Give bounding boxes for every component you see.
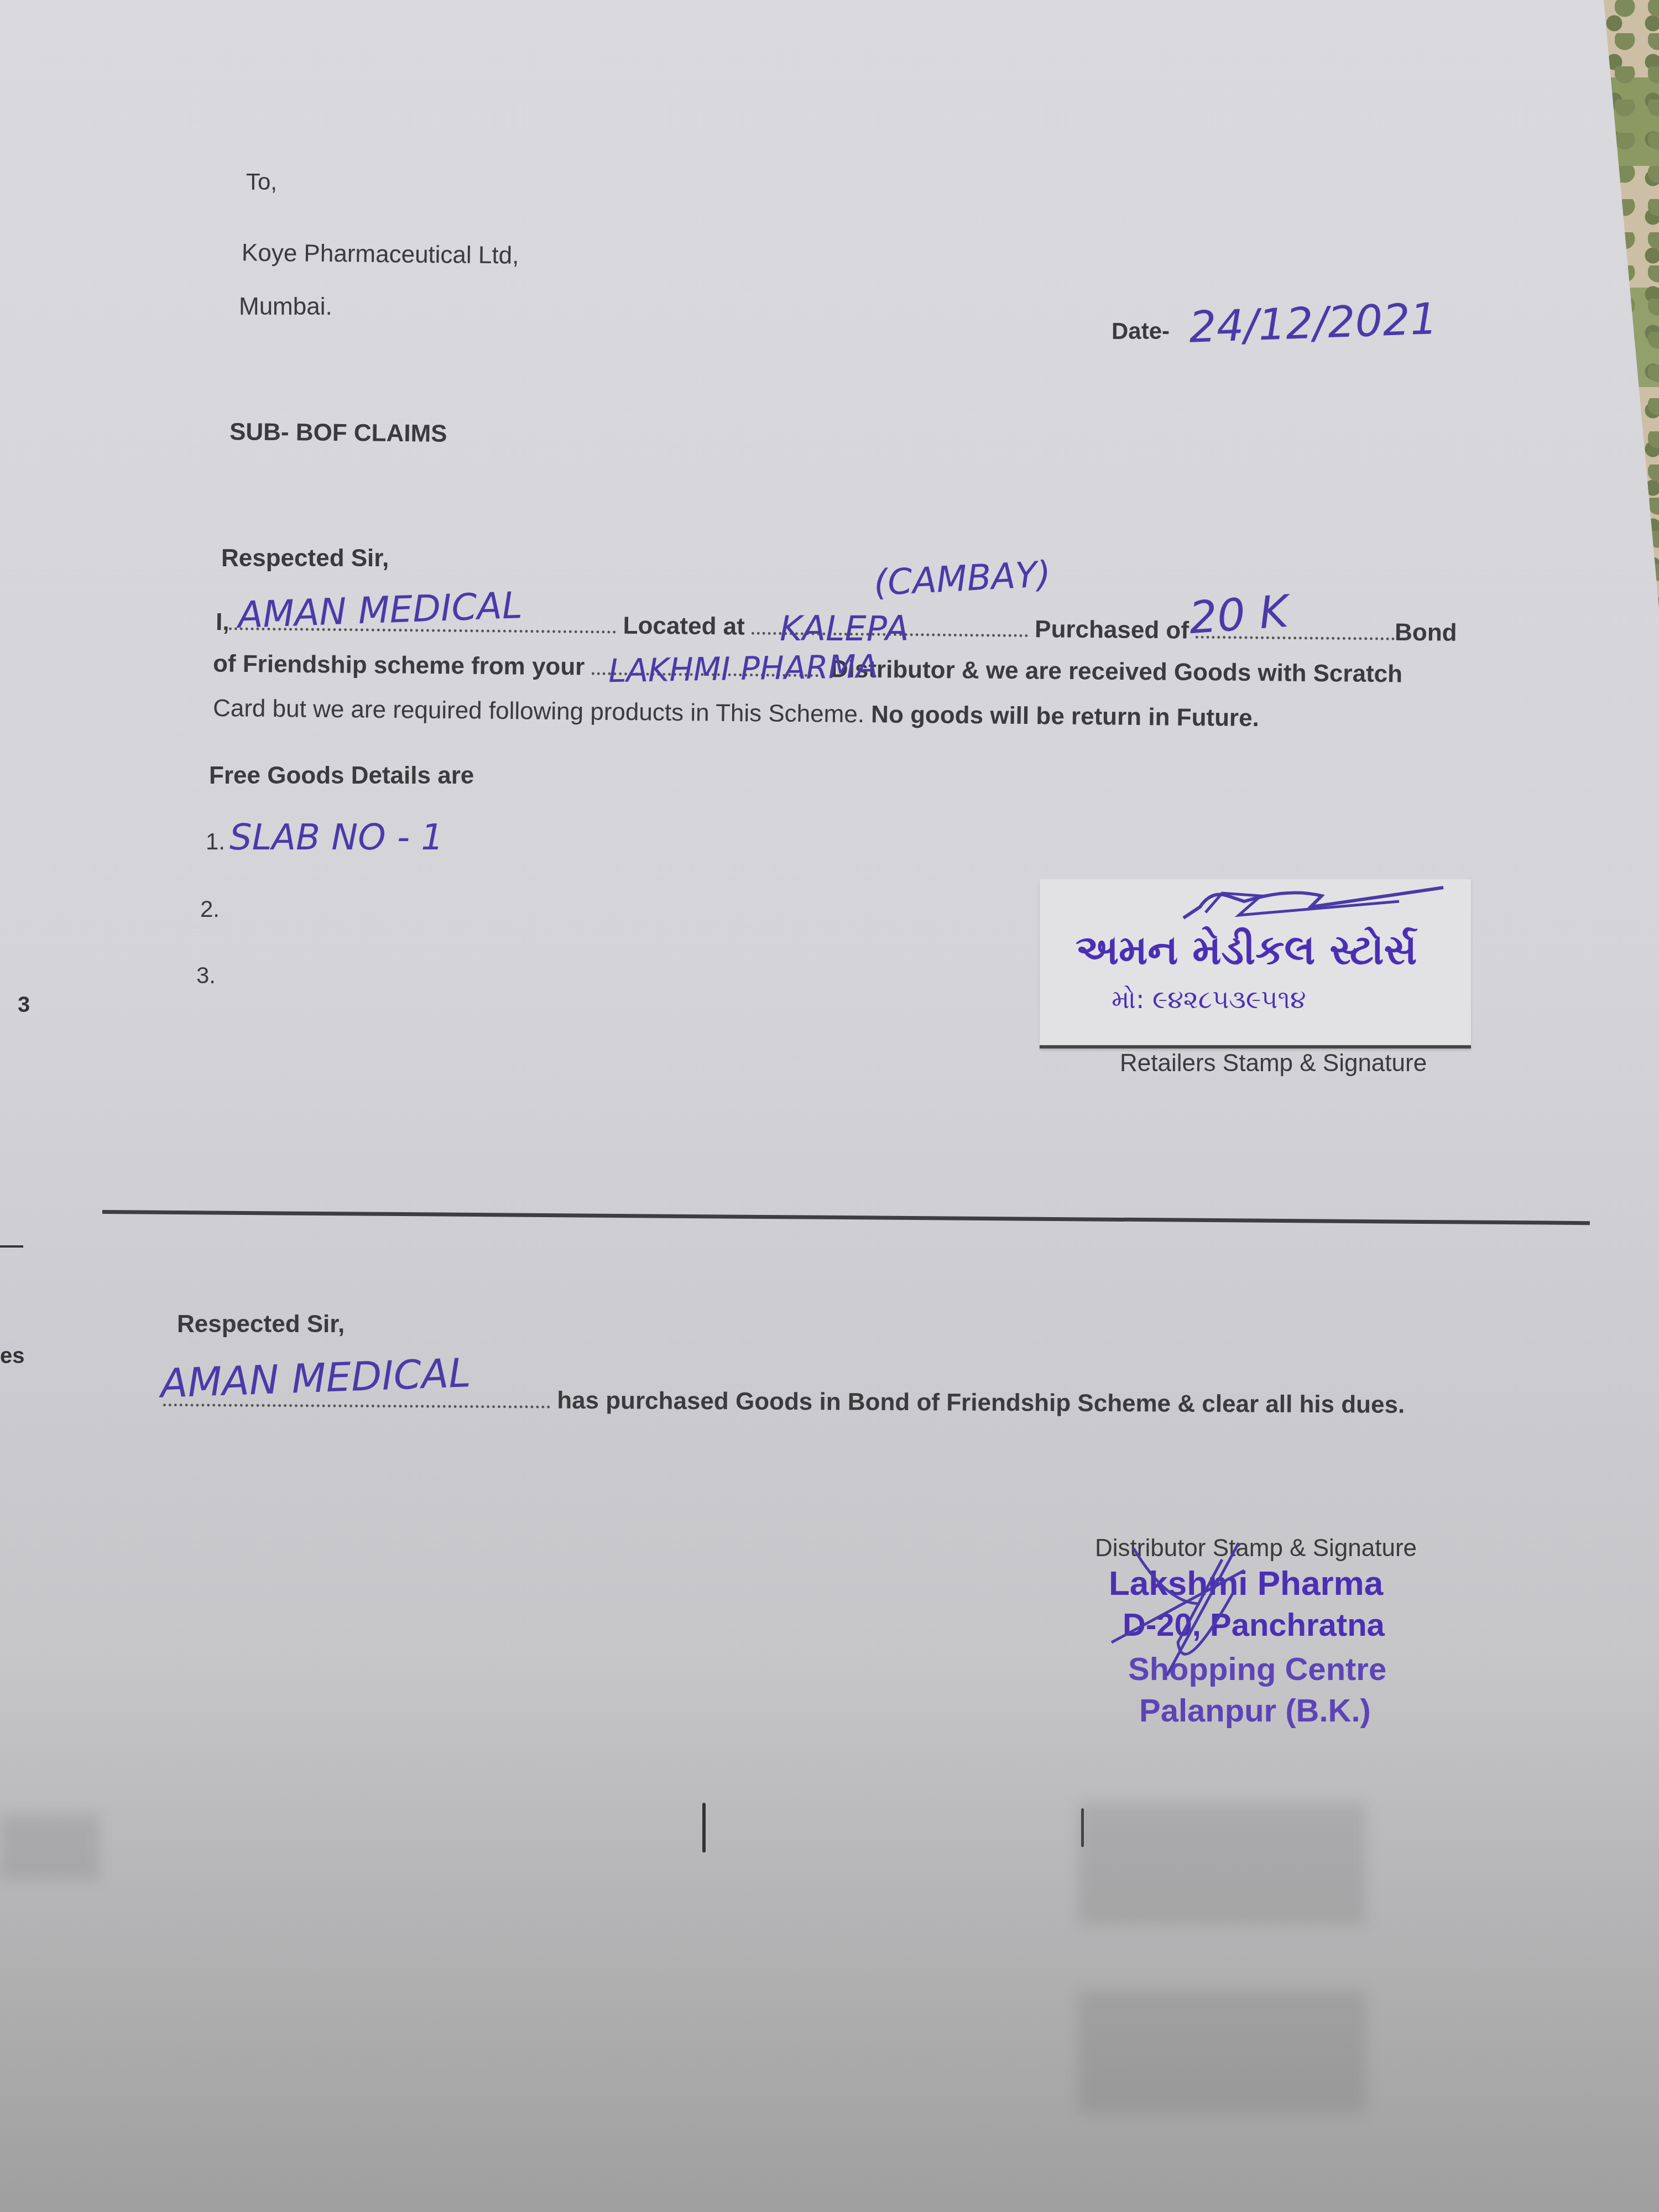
retailer-stamp-caption: Retailers Stamp & Signature [1120,1050,1427,1077]
edge-text-fragment: es [0,1344,25,1369]
free-goods-num-2: 2. [200,896,220,922]
line1-prefix: I, [216,608,229,635]
free-goods-num-3: 3. [196,962,216,989]
line2-prefix: of Friendship scheme from your [213,650,585,681]
free-goods-heading: Free Goods Details are [209,762,474,790]
location-note: (CAMBAY) [873,554,1052,604]
confirmation-statement: has purchased Goods in Bond of Friendshi… [557,1387,1405,1418]
distributor-name-handwritten: LAKHMI PHARMA [608,648,878,690]
ink-mark [1081,1808,1084,1847]
retailer-stamp-phone: મો: ૯૪૨૮૫૩૯૫૧૪ [1112,984,1306,1015]
distributor-signature-icon [1100,1537,1322,1681]
line2-suffix: Distributor & we are received Goods with… [831,655,1403,687]
retailer-stamp-name: અમન મેડીકલ સ્ટોર્સ [1076,926,1417,974]
line3-bold: No goods will be return in Future. [871,701,1259,732]
bleed-through-smudge [0,1814,100,1880]
free-goods-value-1: SLAB NO - 1 [229,817,444,858]
bleed-through-smudge [1078,1991,1366,2112]
subject-heading: SUB- BOF CLAIMS [229,418,447,447]
addressee-company: Koye Pharmaceutical Ltd, [242,239,519,269]
confirmation-salutation: Respected Sir, [177,1311,345,1338]
line3-regular: Card but we are required following produ… [213,695,864,728]
location-handwritten: KALEPA [780,608,909,649]
date-value: 24/12/2021 [1188,294,1438,353]
bond-label: Bond [1395,619,1457,646]
bleed-through-smudge [1078,1803,1366,1924]
located-at-label: Located at [623,612,744,640]
purchase-amount-handwritten: 20 K [1187,586,1290,644]
edge-line-fragment [0,1245,23,1248]
claim-salutation: Respected Sir, [221,545,389,572]
free-goods-num-1: 1. [206,828,225,855]
claim-line-3: Card but we are required following produ… [213,695,1259,732]
date-label: Date- [1112,318,1170,345]
addressee-city: Mumbai. [239,293,332,321]
retailer-signature-icon [1178,885,1454,929]
distributor-stamp-line-4: Palanpur (B.K.) [1139,1692,1371,1729]
ink-mark [702,1803,706,1853]
retailer-stamp: અમન મેડીકલ સ્ટોર્સ મો: ૯૪૨૮૫૩૯૫૧૪ [1040,879,1471,1048]
addressee-to: To, [246,169,277,195]
document-page: To, Koye Pharmaceutical Ltd, Mumbai. Dat… [0,0,1659,2212]
section-divider [102,1210,1590,1225]
purchased-of-label: Purchased of [1035,615,1189,644]
page-number-mark: 3 [18,993,30,1018]
